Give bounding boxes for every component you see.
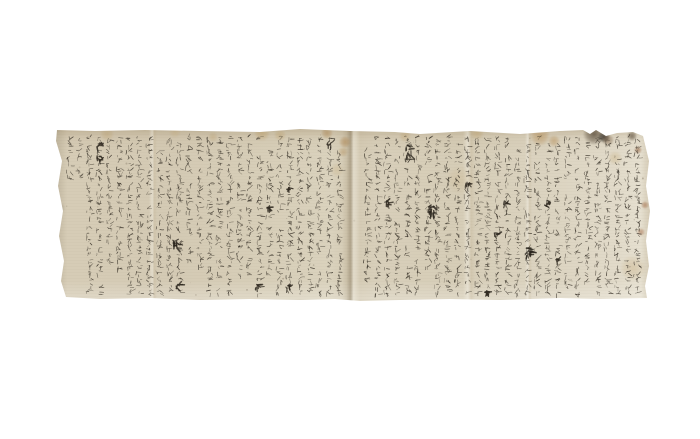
manuscript-paper <box>55 128 650 301</box>
handwriting-ink <box>55 128 650 301</box>
manuscript-photo <box>0 0 700 439</box>
